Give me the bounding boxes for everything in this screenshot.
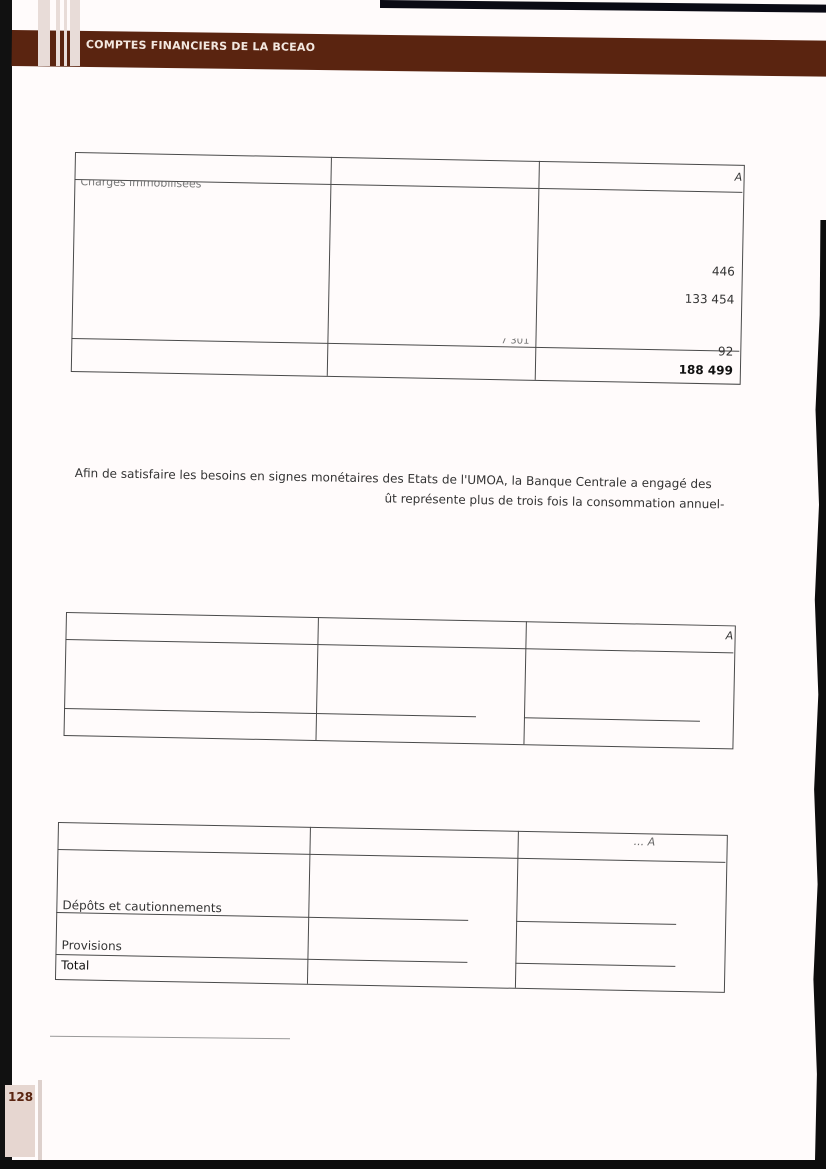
- scan-edge-bottom: [0, 1160, 826, 1169]
- table-1-value: 446: [633, 263, 735, 279]
- header-decorative-bars: [36, 0, 81, 66]
- scan-edge-left: [0, 0, 12, 1169]
- scan-edge-top: [380, 0, 826, 13]
- body-paragraph: Afin de satisfaire les besoins en signes…: [74, 463, 755, 515]
- table-1-value: 92: [631, 343, 733, 359]
- table-1-unit: A: [735, 171, 743, 184]
- table-1-total-value: 188 499: [611, 361, 733, 377]
- table-2-unit: A: [726, 629, 734, 642]
- footnote-rule: [50, 1036, 290, 1040]
- table-3-total-label: Total: [61, 958, 89, 973]
- table-3-unit: ... A: [634, 835, 656, 848]
- scan-edge-right: [812, 220, 826, 1169]
- table-3-row-label: Provisions: [62, 938, 123, 953]
- page-number: 128: [8, 1090, 33, 1104]
- page-tab-bar: [38, 1080, 42, 1160]
- table-1-value: 133 454: [632, 291, 734, 307]
- table-2-border: [64, 612, 736, 749]
- table-1: A Charges immobilisées 446 133 454 7 301…: [70, 152, 754, 405]
- table-2: A: [63, 612, 746, 776]
- header-band: [12, 30, 826, 77]
- table-3: ... A Dépôts et cautionnements Provision…: [55, 822, 738, 1015]
